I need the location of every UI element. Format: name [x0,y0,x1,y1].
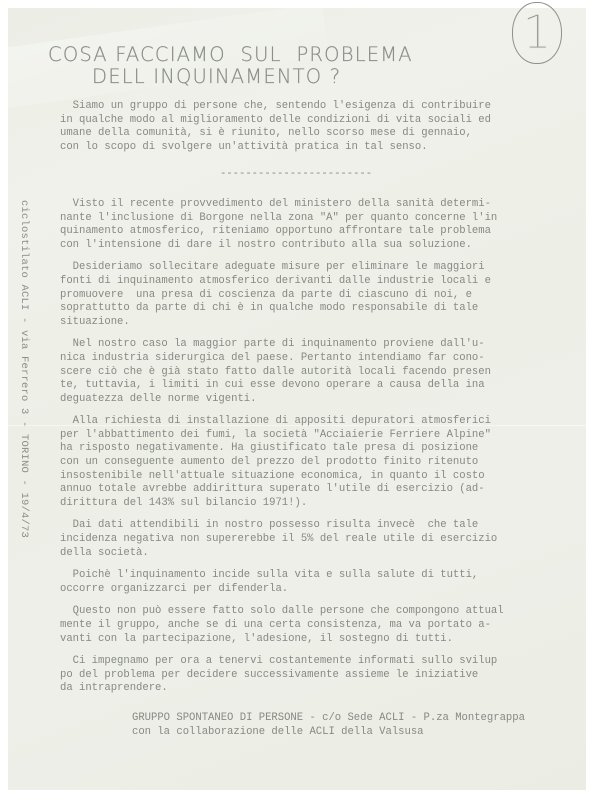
paragraph-health: Poichè l'inquinamento incide sulla vita … [60,569,580,596]
signature-line-2: con la collaborazione delle ACLI della V… [132,726,424,738]
signature-block: GRUPPO SPONTANEO DI PERSONE - c/o Sede A… [60,712,580,739]
document-title: COSA FACCIAMO SUL PROBLEMA DELL INQUINAM… [48,44,413,88]
paragraph-goals: Desideriamo sollecitare adeguate misure … [60,261,580,329]
paragraph-participation: Questo non può essere fatto solo dalle p… [60,605,580,646]
paragraph-steel-industry: Nel nostro caso la maggior parte di inqu… [60,338,580,406]
title-line-1: COSA FACCIAMO SUL PROBLEMA [48,44,413,66]
paragraph-commitment: Ci impegnamo per ora a tenervi costantem… [60,655,580,696]
mimeograph-credit: ciclostilato ACLI - via Ferrero 3 - TORI… [18,200,30,538]
circled-page-number: 1 [512,2,562,64]
document-body: Siamo un gruppo di persone che, sentendo… [60,100,580,739]
paragraph-data: Dai dati attendibili in nostro possesso … [60,519,580,560]
side-margin-note: ciclostilato ACLI - via Ferrero 3 - TORI… [14,200,30,560]
paragraph-company-response: Alla richiesta di installazione di appos… [60,415,580,510]
section-divider: ------------------------ [60,168,580,182]
title-line-2: DELL INQUINAMENTO ? [48,66,413,88]
paragraph-intro: Siamo un gruppo di persone che, sentendo… [60,100,580,154]
signature-line-1: GRUPPO SPONTANEO DI PERSONE - c/o Sede A… [132,712,525,724]
paragraph-ministry-decision: Visto il recente provvedimento del minis… [60,198,580,252]
